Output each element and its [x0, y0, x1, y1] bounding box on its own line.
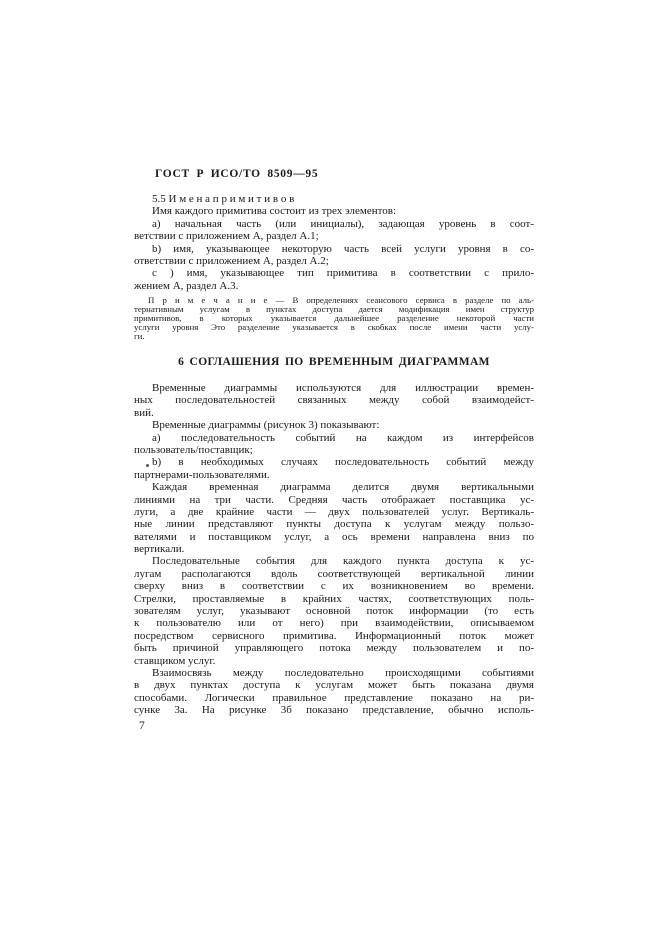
text-line: вертикали. — [134, 543, 534, 555]
text-line: ги. — [134, 332, 534, 341]
text-line: сунке 3а. На рисунке 3б показано предста… — [134, 704, 534, 716]
section-6-timing-diagrams: Временные диаграммы используются для илл… — [134, 382, 534, 717]
text-line: а) последовательность событий на каждом … — [134, 432, 534, 444]
text-line: вий. — [134, 407, 534, 419]
text-line: Имя каждого примитива состоит из трех эл… — [134, 205, 534, 217]
text-line: ставщиком услуг. — [134, 655, 534, 667]
text-line: Последовательные события для каждого пун… — [134, 555, 534, 567]
text-line: с ) имя, указывающее тип примитива в соо… — [134, 267, 534, 279]
document-page: ГОСТ Р ИСО/ТО 8509—95 5.5 И м е н а п р … — [0, 0, 661, 935]
page-number: 7 — [139, 720, 145, 732]
note-block: П р и м е ч а н и е — В определениях сеа… — [134, 296, 534, 341]
text-line: Временные диаграммы используются для илл… — [134, 382, 534, 394]
text-line: Каждая временная диаграмма делится двумя… — [134, 481, 534, 493]
text-line: а) начальная часть (или инициалы), задаю… — [134, 218, 534, 230]
text-line: жением А, раздел А.3. — [134, 280, 534, 292]
section-6-heading: 6 СОГЛАШЕНИЯ ПО ВРЕМЕННЫМ ДИАГРАММАМ — [134, 356, 534, 368]
text-line: посредством сервисного примитива. Информ… — [134, 630, 534, 642]
text-line: П р и м е ч а н и е — В определениях сеа… — [134, 296, 534, 305]
text-line: b) имя, указывающее некоторую часть всей… — [134, 243, 534, 255]
text-line: ных последовательностей связанных между … — [134, 394, 534, 406]
text-line: линиями на три части. Средняя часть отоб… — [134, 494, 534, 506]
text-line: ответствии с приложением А, раздел А.2; — [134, 255, 534, 267]
text-line: примитивов, в которых указывается дальне… — [134, 314, 534, 323]
text-line: Взаимосвязь между последовательно происх… — [134, 667, 534, 679]
text-line: ные линии представляют пункты доступа к … — [134, 518, 534, 530]
section-5-5-primitives-names: 5.5 И м е н а п р и м и т и в о вИмя каж… — [134, 193, 534, 292]
text-line: 5.5 И м е н а п р и м и т и в о в — [134, 193, 534, 205]
running-header: ГОСТ Р ИСО/ТО 8509—95 — [155, 168, 318, 180]
scan-speck — [146, 464, 149, 467]
text-line: способами. Логически правильное представ… — [134, 692, 534, 704]
text-line: Стрелки, проставляемые в крайних частях,… — [134, 593, 534, 605]
text-line: пользователь/поставщик; — [134, 444, 534, 456]
text-line: тернативным услугам в пунктах доступа да… — [134, 305, 534, 314]
text-line: вателями и поставщиком услуг, а ось врем… — [134, 531, 534, 543]
text-line: лугам располагаются вдоль соответствующе… — [134, 568, 534, 580]
text-line: сверху вниз в соответствии с их возникно… — [134, 580, 534, 592]
text-line: в двух пунктах доступа к услугам может б… — [134, 679, 534, 691]
text-line: быть причиной управляющего потока между … — [134, 642, 534, 654]
text-line: b) в необходимых случаях последовательно… — [134, 456, 534, 468]
text-line: Временные диаграммы (рисунок 3) показыва… — [134, 419, 534, 431]
text-line: зователям услуг, указывают основной пото… — [134, 605, 534, 617]
text-line: ветствии с приложением А, раздел А.1; — [134, 230, 534, 242]
text-line: луги, а две крайние части — двух пользов… — [134, 506, 534, 518]
text-line: услуги уровня Это разделение указывается… — [134, 323, 534, 332]
text-line: к пользователю или от него) при взаимоде… — [134, 617, 534, 629]
text-line: партнерами-пользователями. — [134, 469, 534, 481]
